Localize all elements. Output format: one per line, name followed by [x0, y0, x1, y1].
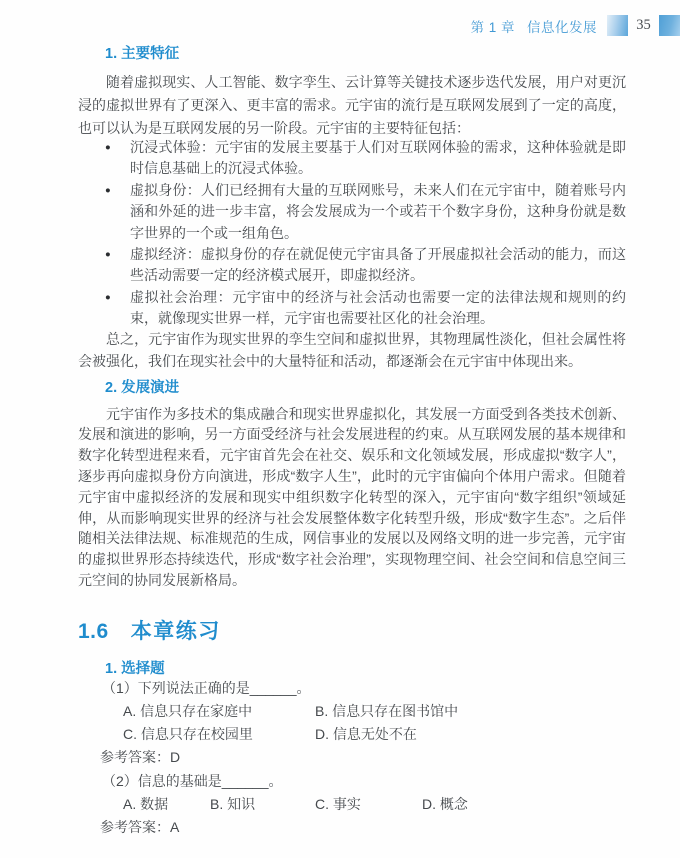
option-a: A. 数据 — [123, 793, 210, 816]
header-decoration-square-icon — [607, 15, 628, 36]
page-number: 35 — [628, 17, 659, 34]
question-2-answer: 参考答案：A — [78, 816, 626, 839]
option-b: B. 知识 — [210, 793, 315, 816]
book-page: 第 1 章信息化发展 35 1. 主要特征 随着虚拟现实、人工智能、数字孪生、云… — [0, 0, 680, 858]
bullet-icon: ● — [105, 287, 130, 330]
exercise-section-title: 本章练习 — [131, 620, 221, 643]
list-item: ● 虚拟经济：虚拟身份的存在就促使元宇宙具备了开展虚拟社会活动的能力，而这些活动… — [78, 244, 626, 287]
question-1-options-row-2: C. 信息只存在校园里 D. 信息无处不在 — [78, 723, 626, 746]
list-item-text: 虚拟社会治理：元宇宙中的经济与社会活动也需要一定的法律法规和规则的约束，就像现实… — [130, 287, 626, 330]
running-header: 第 1 章信息化发展 35 — [0, 15, 680, 36]
option-a: A. 信息只存在家庭中 — [123, 700, 315, 723]
option-d: D. 概念 — [422, 793, 468, 816]
list-item-text: 虚拟经济：虚拟身份的存在就促使元宇宙具备了开展虚拟社会活动的能力，而这些活动需要… — [130, 244, 626, 287]
exercise-section-number: 1.6 — [78, 620, 109, 643]
list-item: ● 沉浸式体验：元宇宙的发展主要基于人们对互联网体验的需求，这种体验就是即时信息… — [78, 137, 626, 180]
question-1-answer: 参考答案：D — [78, 746, 626, 769]
exercise-block: （1）下列说法正确的是______。 A. 信息只存在家庭中 B. 信息只存在图… — [78, 677, 626, 839]
bullet-icon: ● — [105, 180, 130, 244]
list-item: ● 虚拟社会治理：元宇宙中的经济与社会活动也需要一定的法律法规和规则的约束，就像… — [78, 287, 626, 330]
chapter-title: 信息化发展 — [527, 20, 597, 35]
question-1-stem: （1）下列说法正确的是______。 — [78, 677, 626, 700]
chapter-label: 第 1 章 — [470, 20, 515, 35]
option-d: D. 信息无处不在 — [315, 723, 417, 746]
sub-heading-multiple-choice: 1. 选择题 — [78, 661, 626, 677]
paragraph-metaverse-intro: 随着虚拟现实、人工智能、数字孪生、云计算等关键技术逐步迭代发展，用户对更沉浸的虚… — [78, 71, 626, 140]
option-b: B. 信息只存在图书馆中 — [315, 700, 458, 723]
option-c: C. 事实 — [315, 793, 422, 816]
section-heading-main-features: 1. 主要特征 — [78, 46, 626, 62]
section-heading-evolution: 2. 发展演进 — [78, 380, 626, 396]
bullet-icon: ● — [105, 137, 130, 180]
page-content: 1. 主要特征 随着虚拟现实、人工智能、数字孪生、云计算等关键技术逐步迭代发展，… — [78, 40, 626, 839]
running-header-chapter: 第 1 章信息化发展 — [470, 16, 597, 36]
bullet-icon: ● — [105, 244, 130, 287]
list-item-text: 沉浸式体验：元宇宙的发展主要基于人们对互联网体验的需求，这种体验就是即时信息基础… — [130, 137, 626, 180]
option-c: C. 信息只存在校园里 — [123, 723, 315, 746]
list-item: ● 虚拟身份：人们已经拥有大量的互联网账号，未来人们在元宇宙中，随着账号内涵和外… — [78, 180, 626, 244]
question-2-stem: （2）信息的基础是______。 — [78, 770, 626, 793]
list-item-text: 虚拟身份：人们已经拥有大量的互联网账号，未来人们在元宇宙中，随着账号内涵和外延的… — [130, 180, 626, 244]
feature-list: ● 沉浸式体验：元宇宙的发展主要基于人们对互联网体验的需求，这种体验就是即时信息… — [78, 137, 626, 330]
chapter-exercise-heading: 1.6本章练习 — [78, 619, 626, 645]
header-edge-square-icon — [659, 15, 680, 36]
question-1-options-row-1: A. 信息只存在家庭中 B. 信息只存在图书馆中 — [78, 700, 626, 723]
question-2-options-row: A. 数据 B. 知识 C. 事实 D. 概念 — [78, 793, 626, 816]
paragraph-evolution: 元宇宙作为多技术的集成融合和现实世界虚拟化，其发展一方面受到各类技术创新、发展和… — [78, 404, 626, 591]
paragraph-metaverse-summary: 总之，元宇宙作为现实世界的孪生空间和虚拟世界，其物理属性淡化，但社会属性将会被强… — [78, 328, 626, 372]
